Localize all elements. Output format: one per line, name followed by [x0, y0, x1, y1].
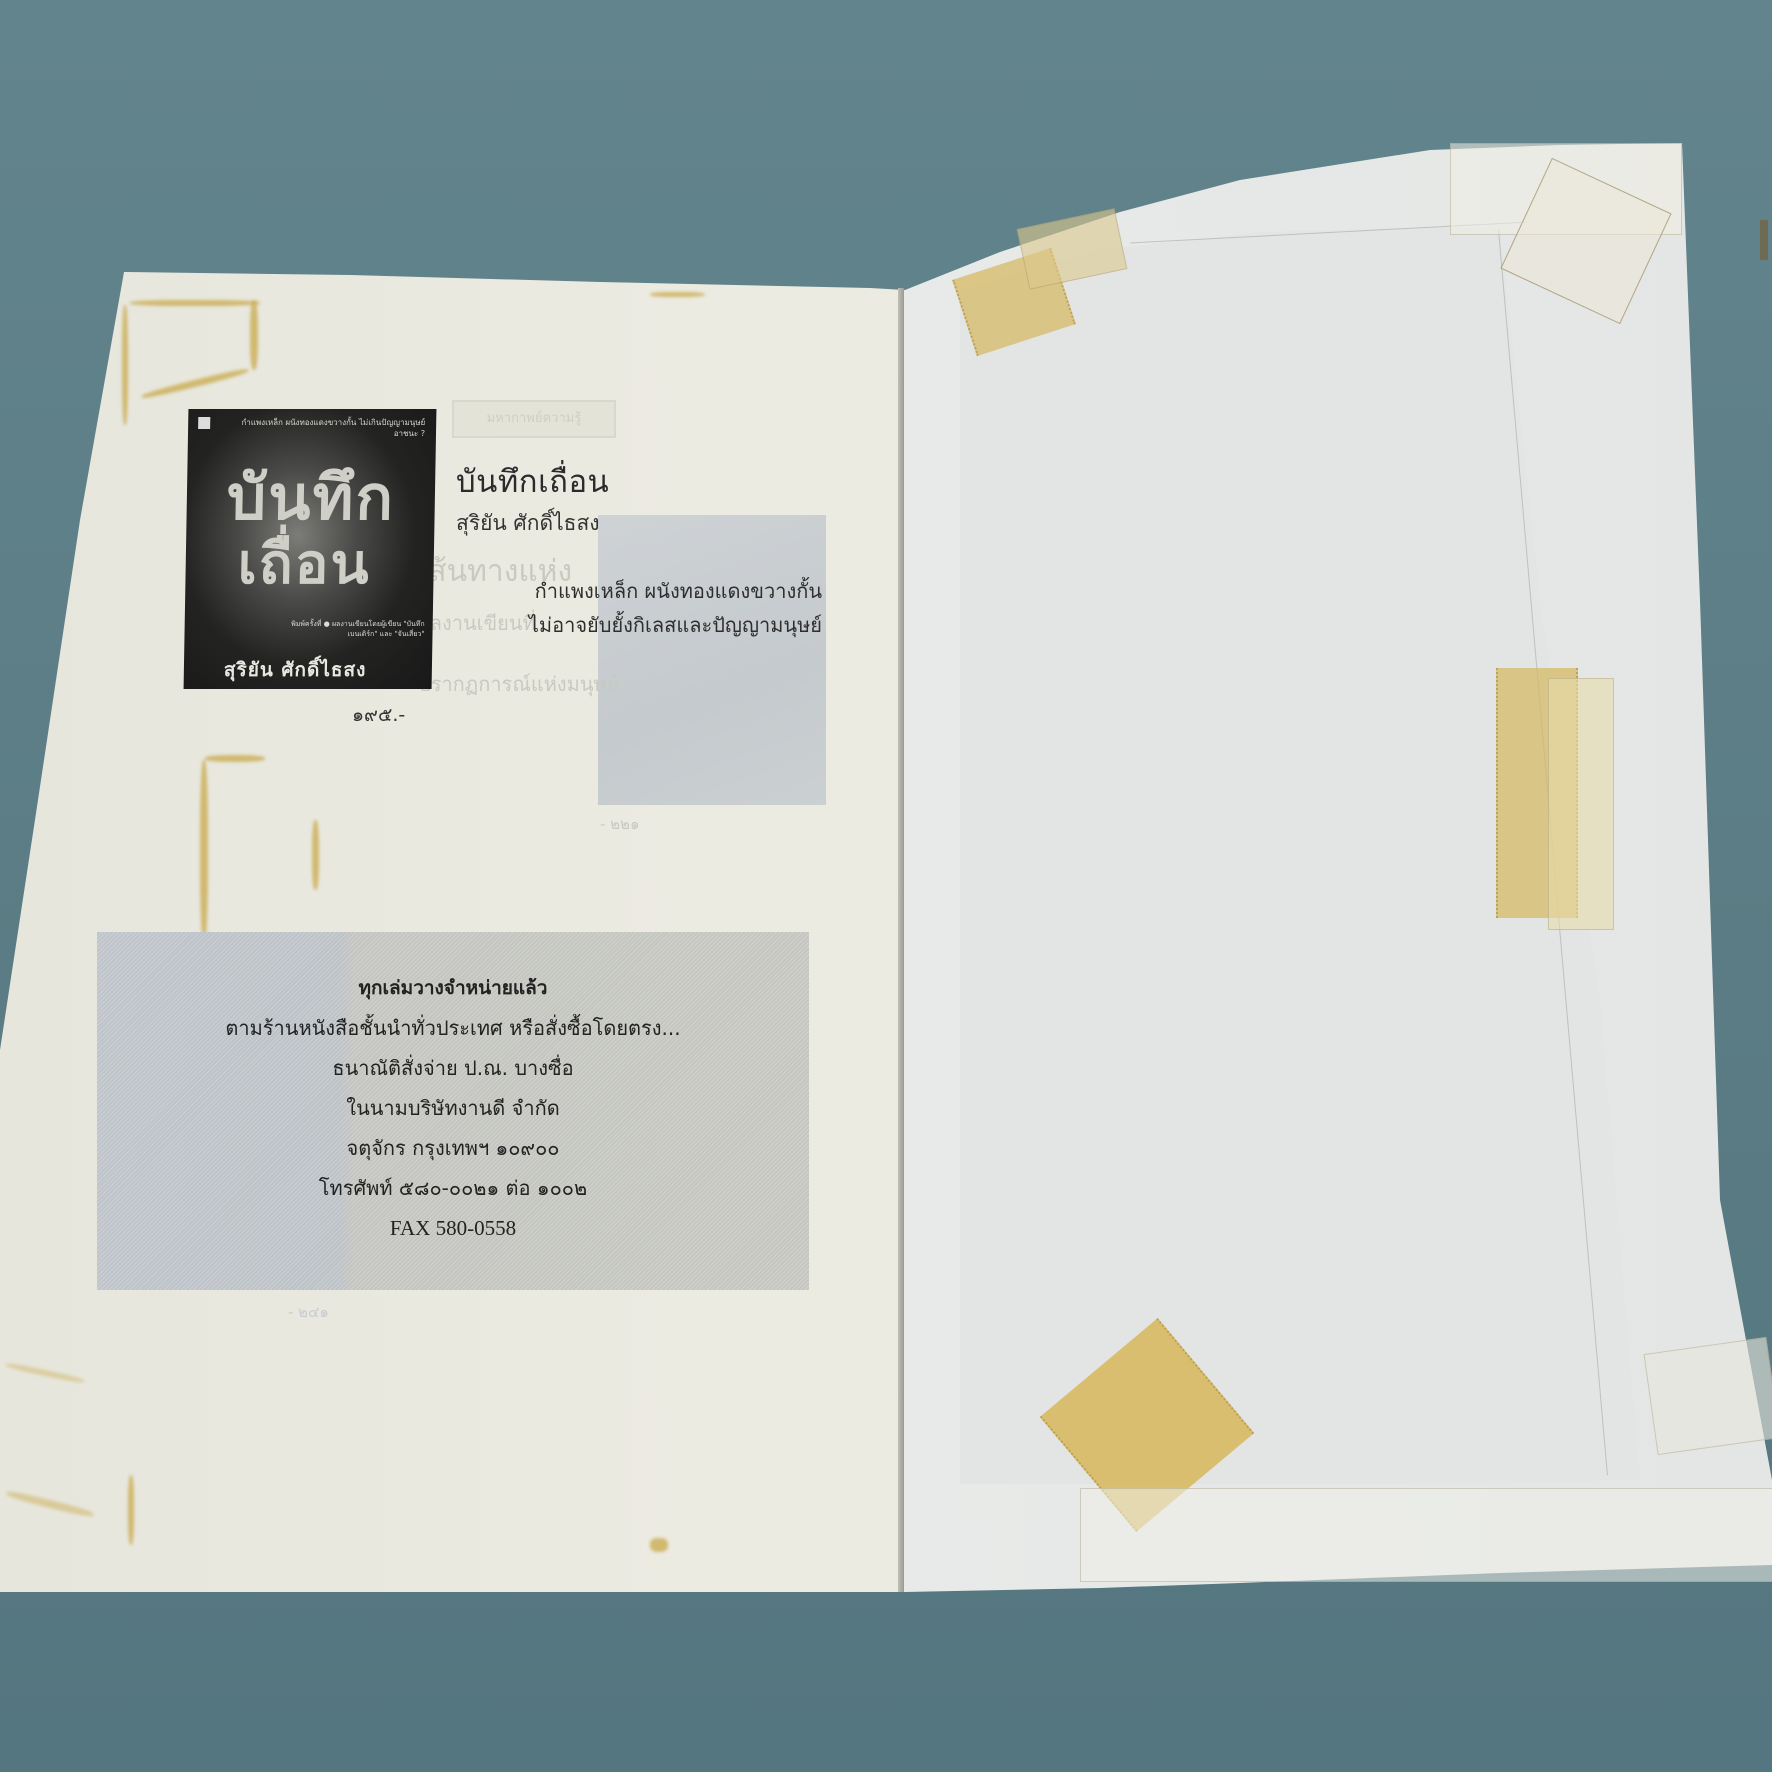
book-author: สุริยัน ศักดิ์ไธสง — [456, 507, 600, 540]
tape-stain — [1760, 220, 1768, 260]
ghost-label: มหากาพย์ความรู้ — [452, 400, 616, 438]
order-line: ตามร้านหนังสือชั้นนำทั่วประเทศ หรือสั่งซ… — [97, 1008, 809, 1048]
book-title: บันทึกเถื่อน — [456, 456, 609, 506]
stain — [122, 305, 128, 425]
stain — [650, 292, 705, 297]
stain — [250, 300, 258, 370]
ghost-page-number: - ๒๔๑ — [288, 1300, 329, 1324]
book-tagline: กำแพงเหล็ก ผนังทองแดงขวางกั้น ไม่อาจยับย… — [529, 574, 822, 642]
order-info-text: ทุกเล่มวางจำหน่ายแล้ว ตามร้านหนังสือชั้น… — [97, 968, 809, 1248]
order-headline: ทุกเล่มวางจำหน่ายแล้ว — [97, 968, 809, 1008]
stain — [128, 1475, 134, 1545]
cover-edition-note: พิมพ์ครั้งที่ ● ผลงานเขียนโดยผู้เขียน "บ… — [284, 619, 424, 639]
tape-bottom-clear-strip — [1080, 1488, 1772, 1582]
stain — [130, 300, 260, 306]
ghost-text: ผลงานเขียนที่ — [418, 607, 536, 639]
book-price: ๑๙๕.- — [352, 700, 405, 730]
ghost-text: - ๒๒๑ — [600, 812, 639, 836]
tape-middle-right-overlap — [1548, 678, 1614, 930]
cover-title-line-2: เถื่อน — [237, 519, 372, 608]
stain — [205, 755, 265, 762]
cover-author: สุริยัน ศักดิ์ไธสง — [224, 655, 367, 685]
tagline-line: กำแพงเหล็ก ผนังทองแดงขวางกั้น — [529, 574, 822, 608]
order-line: โทรศัพท์ ๕๘๐-๐๐๒๑ ต่อ ๑๐๐๒ — [97, 1168, 809, 1208]
book-cover-thumbnail: กำแพงเหล็ก ผนังทองแดงขวางกั้น ไม่เกินปัญ… — [184, 409, 437, 689]
fax-number: FAX 580-0558 — [97, 1208, 809, 1248]
order-line: ธนาณัติสั่งจ่าย ป.ณ. บางซื่อ — [97, 1048, 809, 1088]
book-spine — [898, 288, 904, 1592]
cover-tagline: กำแพงเหล็ก ผนังทองแดงขวางกั้น ไม่เกินปัญ… — [240, 417, 425, 439]
publisher-logo-icon — [198, 417, 210, 429]
tape-bottom-right — [1644, 1337, 1772, 1455]
stain — [312, 820, 319, 890]
stain — [650, 1538, 668, 1552]
order-line: จตุจักร กรุงเทพฯ ๑๐๙๐๐ — [97, 1128, 809, 1168]
stain — [200, 760, 208, 940]
order-line: ในนามบริษัทงานดี จำกัด — [97, 1088, 809, 1128]
tagline-line: ไม่อาจยับยั้งกิเลสและปัญญามนุษย์ — [529, 608, 822, 642]
ghost-photo — [598, 515, 826, 805]
ghost-text: ปรากฏการณ์แห่งมนุษย์ — [418, 668, 618, 700]
